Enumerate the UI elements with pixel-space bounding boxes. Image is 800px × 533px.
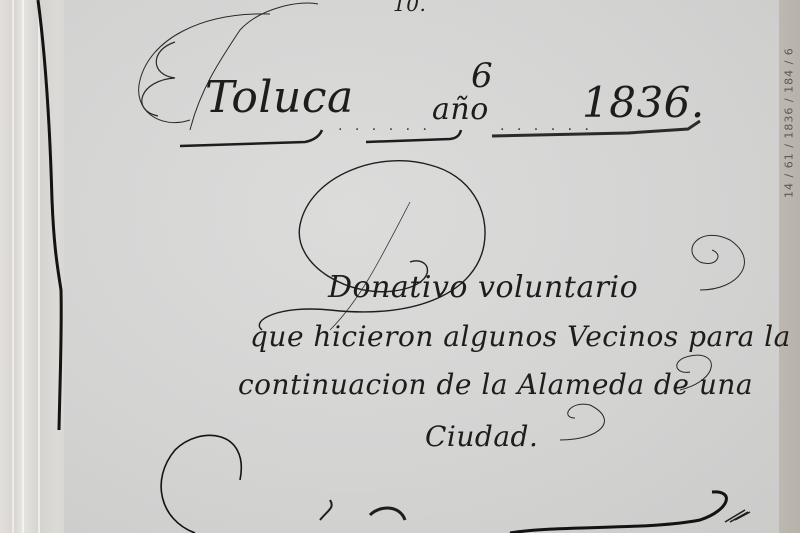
paper-fold bbox=[22, 0, 24, 533]
year-ordinal: 6 bbox=[471, 56, 493, 96]
paper-fold bbox=[12, 0, 14, 533]
paper-fold bbox=[38, 0, 40, 533]
year-label: año bbox=[432, 92, 489, 127]
title-line: que hicieron algunos Vecinos para la bbox=[250, 320, 791, 353]
year: 1836. bbox=[582, 78, 705, 127]
leader-dots: . . . . . . bbox=[338, 118, 431, 134]
title-line: Ciudad. bbox=[425, 420, 538, 453]
title-line: Donativo voluntario bbox=[328, 270, 638, 305]
title-line: continuacion de la Alameda de una bbox=[238, 368, 753, 401]
folio-number: 10. bbox=[393, 0, 426, 16]
leader-dots: . . . . . . bbox=[500, 118, 593, 134]
pencil-margin-annotation: 14 / 61 / 1836 / 184 / 6 bbox=[778, 8, 800, 238]
place-name: Toluca bbox=[205, 72, 354, 123]
